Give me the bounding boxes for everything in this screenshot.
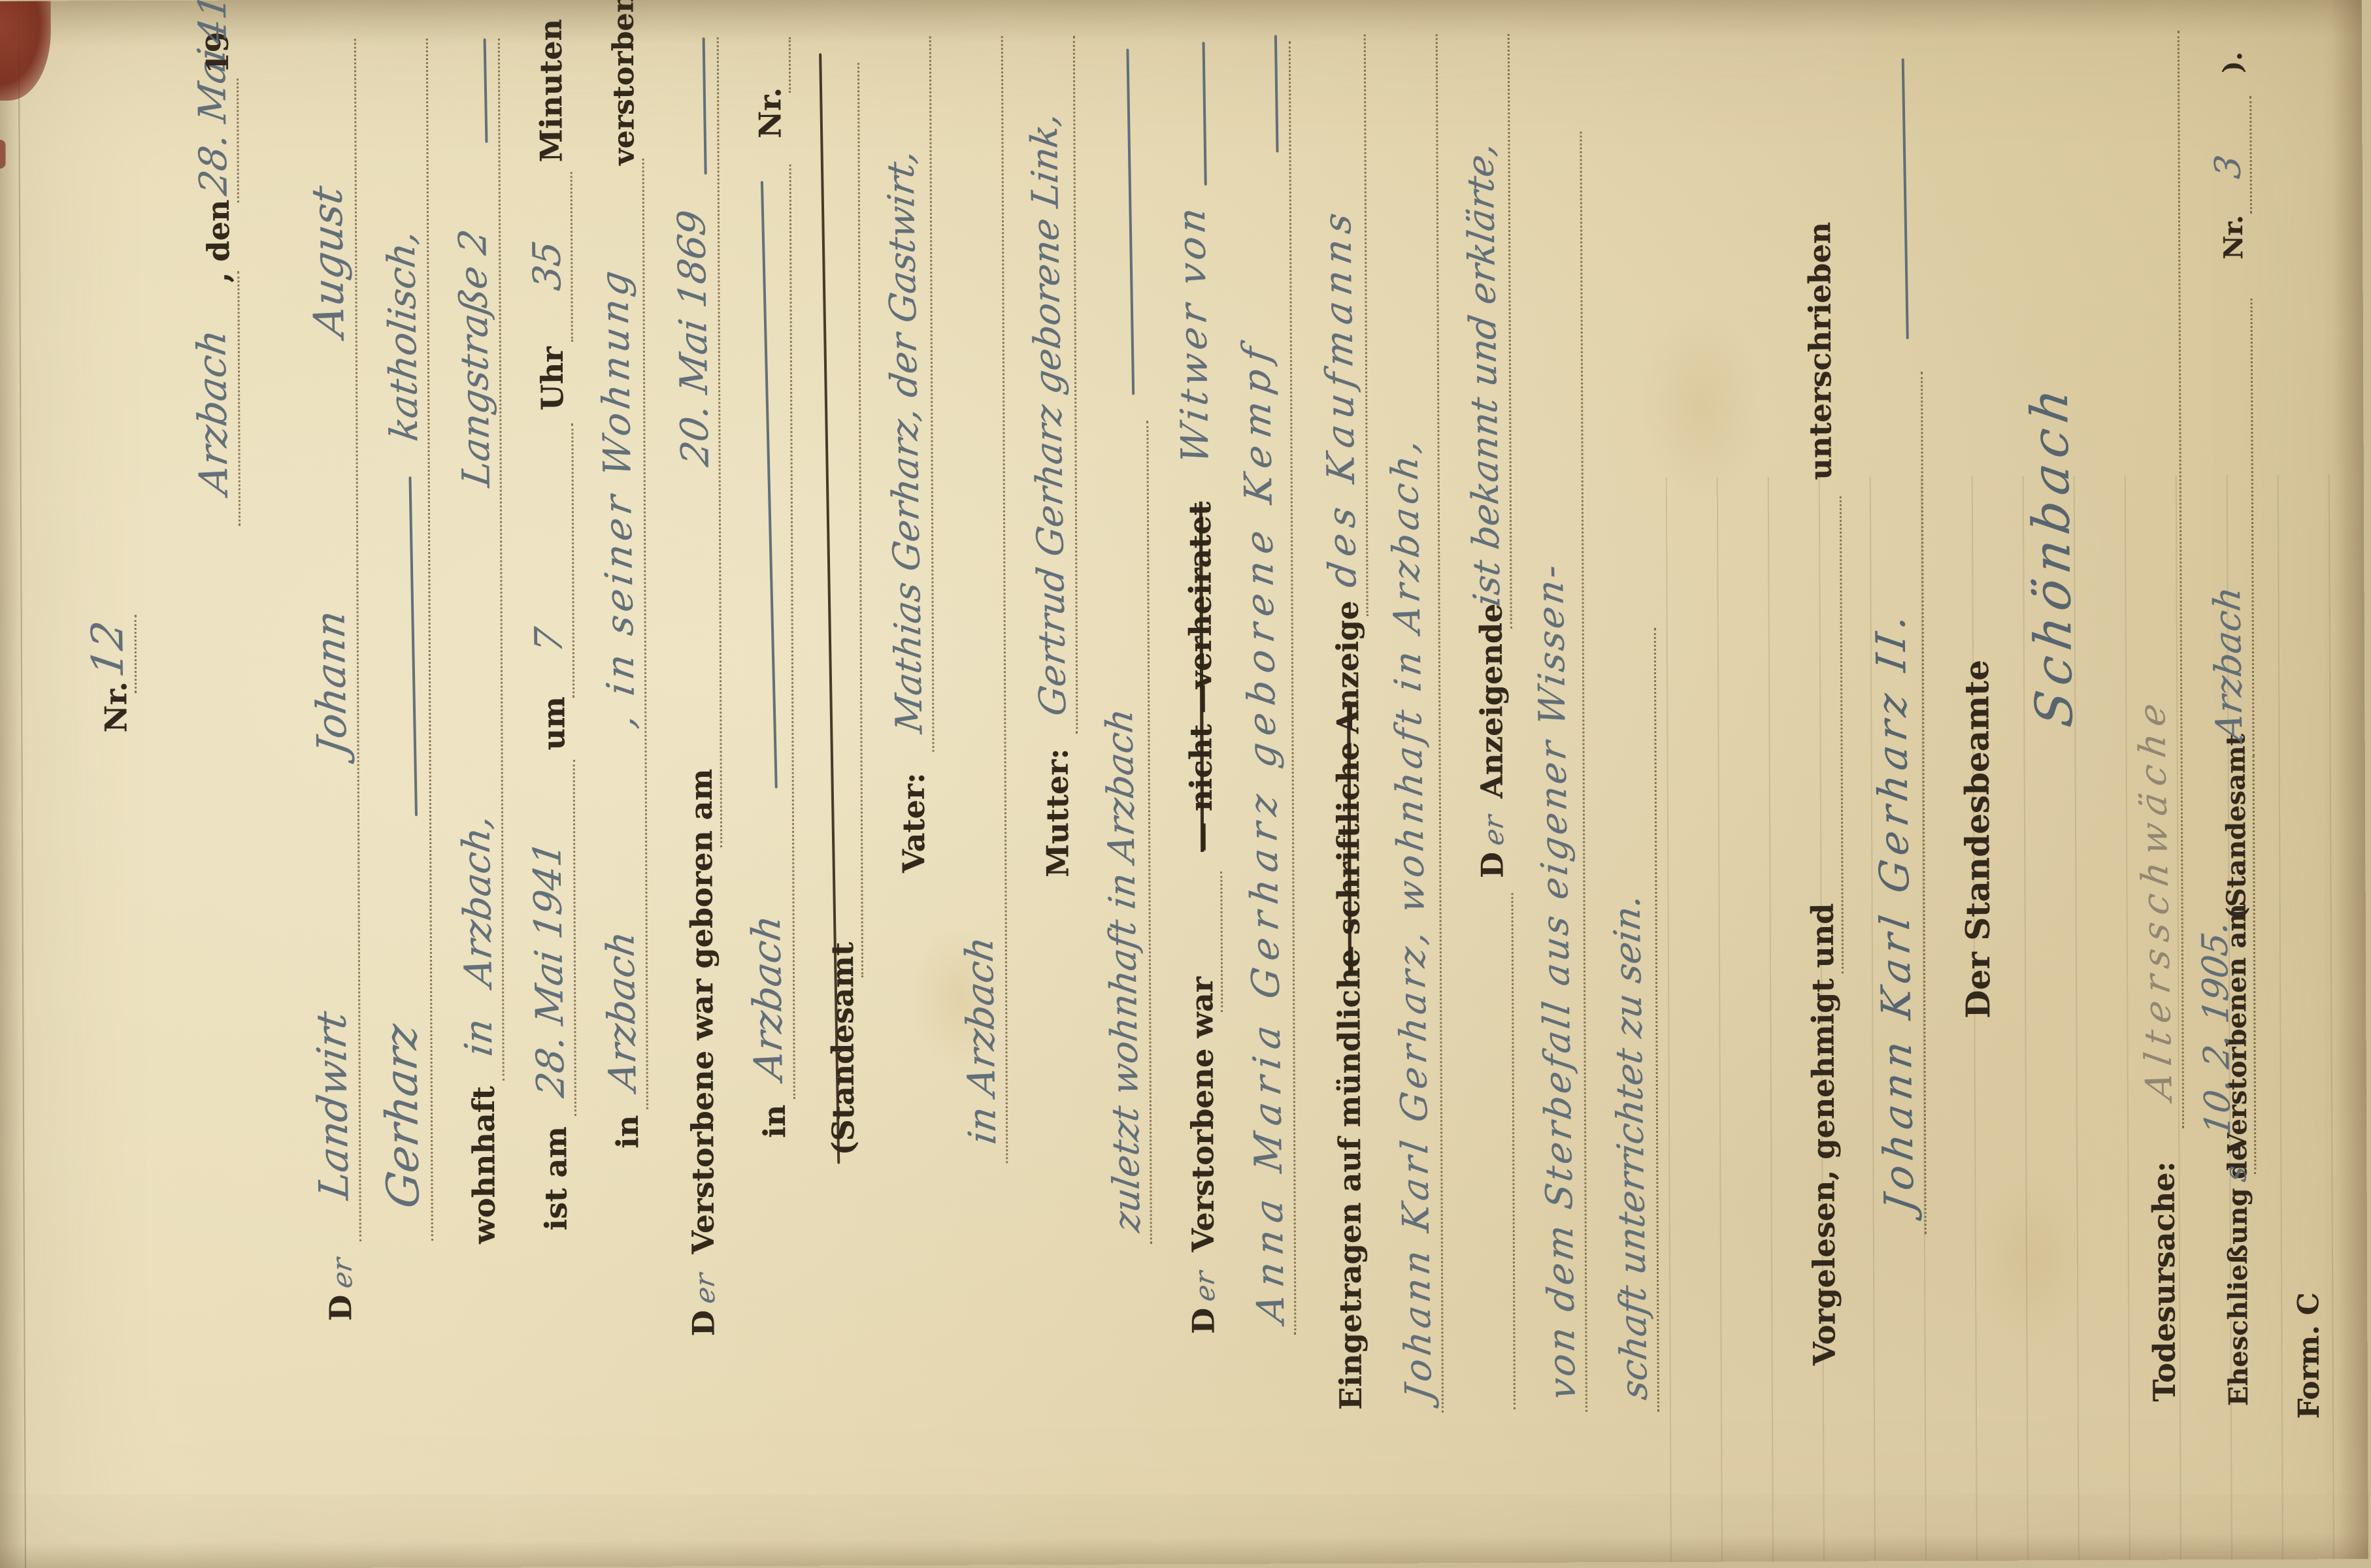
marriage-line-label-0: Eheschließung de [2222, 1144, 2254, 1406]
death-date-time-line-dots-4 [571, 423, 574, 698]
registration-notice-line: Eingetragen auf mündliche— schriftliche … [1360, 0, 1367, 1563]
deceased-intro-line-hw-5: August [303, 183, 354, 339]
marital-status-line-label-0: D [1185, 1308, 1221, 1334]
registrar-signature-line-sig-0: Schönbach [2021, 378, 2085, 730]
mother-line-2: zuletzt wohnhaft in Arzbach [1141, 0, 1148, 1564]
father-line: Vater:Mathias Gerharz, der Gastwirt, [925, 0, 932, 1565]
birth-place-line: inArzbachNr. [785, 0, 791, 1566]
show-through-line [1717, 477, 1723, 1561]
registrar-title-line: Der Standesbeamte [1990, 0, 1997, 1561]
marital-status-line-label-4: — nicht — [1183, 683, 1219, 852]
scanned-document-page: Nr.12Arzbach, den28. Mai1941.DerLandwirt… [0, 0, 2371, 1568]
informant-known-line-dots-4 [1508, 34, 1512, 629]
spouse-line-hw-1: Anna Maria Gerharz geborene Kempf [1234, 336, 1293, 1325]
read-approved-line-label-2: unterschrieben [1802, 222, 1838, 480]
deceased-intro-line-label-0: D [323, 1295, 358, 1321]
residence-line-hw-2: in [456, 1016, 501, 1059]
birth-registry-line-dots-1 [857, 63, 863, 977]
marriage-line-dots-3 [2253, 756, 2257, 1174]
marital-status-line-hw-1: er [1189, 1269, 1221, 1303]
informant-known-line-hw-2: er [1478, 813, 1510, 847]
death-place-line: inArzbach, in seiner Wohnungverstorben. [638, 0, 644, 1567]
form-code-line: Form. C [2317, 0, 2323, 1559]
death-date-time-line: ist am28. Mai 1941um7Uhr35Minuten [566, 0, 572, 1567]
place-date-line: Arzbach, den28. Mai1941. [233, 0, 239, 1568]
place-date-line-label-2: , den [201, 199, 237, 282]
place-date-line-hw-1: Arzbach [189, 327, 237, 497]
informant-name-line-hw-1: Johann Karl Gerharz, wohnhaft in Arzbach… [1384, 433, 1440, 1403]
informant-known-line: DerAnzeigendeist bekannt und erklärte, [1504, 0, 1510, 1563]
spouse-line-rule-2 [1274, 35, 1279, 152]
red-binding-dot [0, 140, 6, 169]
deceased-intro-line-hw-1: er [325, 1256, 358, 1290]
informant-known-line-hw-5: ist bekannt und erklärte, [1459, 140, 1509, 609]
birth-date-line-dots-3 [717, 37, 722, 847]
marriage-line-hw-10: 3 [2207, 152, 2249, 180]
paper-stain [1976, 1175, 2087, 1345]
birth-place-line-rule-3 [761, 181, 778, 789]
residence-line-rule-5 [484, 39, 488, 143]
death-record-form: Nr.12Arzbach, den28. Mai1941.DerLandwirt… [0, 0, 2368, 1568]
birth-date-line: DerVerstorbene war geboren am20. Mai 186… [713, 0, 720, 1566]
death-date-time-line-hw-8: 35 [524, 238, 569, 293]
read-approved-line: Vorgelesen, genehmigt undunterschrieben [1834, 0, 1840, 1561]
birth-place-line-label-4: Nr. [752, 88, 788, 139]
show-through-line [2125, 476, 2131, 1560]
registration-notice-line-label-0: Eingetragen auf mündliche [1331, 949, 1368, 1410]
marital-status-line-label-2: Verstorbene war [1184, 977, 1221, 1252]
death-date-time-line-dots-1 [573, 760, 576, 1116]
place-date-line-hw-6: 41. [190, 0, 235, 46]
father-line-hw-2: Mathias Gerharz, der Gastwirt, [880, 148, 931, 736]
marital-status-line-dots-3 [1220, 872, 1223, 1012]
informant-signature-line-sig-1: Johann Karl Gerharz II. [1866, 607, 1923, 1215]
death-date-time-line-label-6: Uhr [535, 346, 570, 410]
death-place-line-dots-1 [642, 159, 648, 1109]
show-through-line [2278, 475, 2283, 1560]
father-line-dots-1 [929, 37, 935, 752]
birth-date-line-label-0: D [686, 1310, 721, 1336]
deceased-intro-line: DerLandwirtJohannAugust [350, 0, 357, 1568]
marriage-line-dots-9 [2249, 96, 2252, 214]
marriage-line-label-5: (Standesamt [2220, 734, 2251, 919]
birth-date-line-hw-4: 20. Mai 1869 [669, 208, 718, 469]
paper-bottom-edge-shadow [2330, 0, 2368, 1559]
entry-number-line-hw-2: 12 [82, 618, 133, 680]
registration-notice-line-hw-4: des Kaufmanns [1315, 204, 1365, 590]
knowledge-line-1-hw-1: von dem Sterbefall aus eigener Wissen- [1529, 560, 1584, 1403]
cause-of-death-line-label-0: Todesursache: [2146, 1161, 2182, 1401]
knowledge-line-2-hw-1: schaft unterrichtet zu sein. [1606, 892, 1655, 1402]
entry-number-line: Nr.12 [128, 1, 135, 1568]
show-through-line [1768, 477, 1774, 1561]
informant-signature-line: Johann Karl Gerharz II. [1915, 0, 1922, 1561]
death-date-time-line-label-0: ist am [538, 1126, 574, 1230]
deceased-intro-line-hw-4: Johann [306, 608, 356, 758]
father-line-2-hw-1: in Arzbach [957, 934, 1004, 1147]
mother-line-2-hw-1: zuletzt wohnhaft in Arzbach [1099, 706, 1149, 1234]
knowledge-line-2: schaft unterrichtet zu sein. [1648, 0, 1654, 1562]
read-approved-line-dots-1 [1840, 497, 1844, 973]
deceased-name-line: Gerharzkatholisch, [422, 0, 429, 1567]
registrar-signature-line: Schönbach [2078, 0, 2085, 1560]
birth-registry-line: (Standesamt [854, 0, 860, 1565]
mother-line-2-rule-2 [1126, 48, 1135, 395]
mother-line: Mutter:Gertrud Gerharz geborene Link, [1069, 0, 1076, 1565]
red-binding-mark [0, 1, 51, 101]
knowledge-line-2-dots-0 [1654, 628, 1659, 1412]
death-place-line-label-0: in [610, 1115, 645, 1149]
knowledge-line-1: von dem Sterbefall aus eigener Wissen- [1576, 0, 1582, 1562]
birth-place-line-dots-1 [789, 165, 795, 1099]
registrar-title-line-label-0: Der Standesbeamte [1957, 660, 1997, 1019]
marriage-line-dots-6 [2251, 299, 2255, 756]
read-approved-line-label-0: Vorgelesen, genehmigt und [1805, 903, 1842, 1365]
marriage-line-hw-4: 10. 2. 1905. [2194, 919, 2238, 1138]
death-place-line-hw-3: , in seiner Wohnung [592, 264, 643, 730]
deceased-name-line-rule-2 [408, 476, 418, 816]
father-line-2: in Arzbach [997, 0, 1004, 1565]
form-code-line-label-0: Form. C [2292, 1292, 2326, 1419]
residence-line: wohnhaftinArzbach,Langstraße 2 [494, 0, 501, 1567]
informant-known-line-dots-0 [1512, 893, 1516, 1409]
marriage-line-hw-7: Arzbach [2206, 584, 2251, 743]
birth-place-line-dots-5 [789, 37, 791, 93]
mother-line-dots-1 [1073, 36, 1078, 734]
registration-notice-line-dots-3 [1364, 35, 1368, 616]
mother-line-label-0: Mutter: [1040, 748, 1076, 877]
death-date-time-line-label-3: um [536, 696, 571, 750]
marriage-line-label-11: ). [2217, 52, 2248, 73]
mother-line-2-dots-0 [1146, 421, 1152, 1244]
entry-number-line-dots-0 [135, 615, 137, 693]
place-date-line-dots-0 [237, 271, 240, 526]
death-date-time-line-label-9: Minuten [533, 19, 569, 162]
marital-status-line: DerVerstorbene war— nicht —verheiratetWi… [1213, 0, 1219, 1564]
birth-date-line-label-2: Verstorbene war geboren am [684, 769, 721, 1254]
residence-line-label-0: wohnhaft [466, 1086, 502, 1244]
death-place-line-hw-2: Arzbach [598, 928, 645, 1093]
place-date-line-dots-3 [237, 78, 239, 203]
paper-stain [1639, 307, 1764, 504]
death-date-time-line-dots-7 [571, 172, 573, 342]
informant-known-line-label-1: D [1474, 852, 1510, 878]
birth-place-line-hw-2: Arzbach [744, 912, 792, 1082]
death-date-time-line-hw-5: 7 [526, 625, 571, 655]
deceased-name-line-hw-3: katholisch, [379, 227, 427, 444]
deceased-name-line-hw-1: Gerharz [375, 1021, 429, 1212]
birth-place-line-label-0: in [757, 1105, 792, 1138]
birth-date-line-hw-1: er [689, 1271, 721, 1305]
informant-name-line: Johann Karl Gerharz, wohnhaft in Arzbach… [1432, 0, 1438, 1563]
registration-notice-line-label-1: — schriftliche — [1330, 701, 1367, 975]
informant-signature-line-rule-2 [1902, 58, 1909, 339]
entry-number-line-label-1: Nr. [98, 681, 133, 732]
marital-status-line-rule-7 [1202, 42, 1207, 186]
marriage-line-label-8: Nr. [2218, 215, 2249, 259]
paper-left-edge-shadow [0, 1533, 2368, 1568]
informant-known-line-label-3: Anzeigende [1474, 604, 1510, 799]
cause-of-death-line-pencil-2: Altersschwäche [2131, 693, 2181, 1102]
death-place-line-label-4: verstorben. [606, 0, 640, 165]
residence-line-hw-3: Arzbach, [454, 812, 501, 988]
birth-date-line-rule-5 [703, 37, 707, 174]
show-through-line [1666, 478, 1672, 1562]
marital-status-line-label-5: verheiratet [1182, 502, 1218, 689]
marital-status-line-hw-6: Witwer von [1169, 201, 1218, 466]
birth-registry-line-label-0: (Standesamt [825, 942, 861, 1156]
spouse-line: Anna Maria Gerharz geborene Kempf [1285, 0, 1291, 1563]
marriage-line: Eheschließung desVerstorbenen am10. 2. 1… [2245, 0, 2251, 1560]
deceased-intro-line-hw-3: Landwirt [307, 1008, 357, 1201]
death-date-time-line-hw-2: 28. Mai 1941 [525, 839, 573, 1100]
registration-notice-line-label-2: Anzeige [1330, 600, 1366, 734]
residence-line-hw-4: Langstraße 2 [450, 227, 499, 489]
mother-line-hw-2: Gertrud Gerharz geborene Link, [1023, 110, 1075, 719]
father-line-label-0: Vater: [896, 773, 932, 873]
